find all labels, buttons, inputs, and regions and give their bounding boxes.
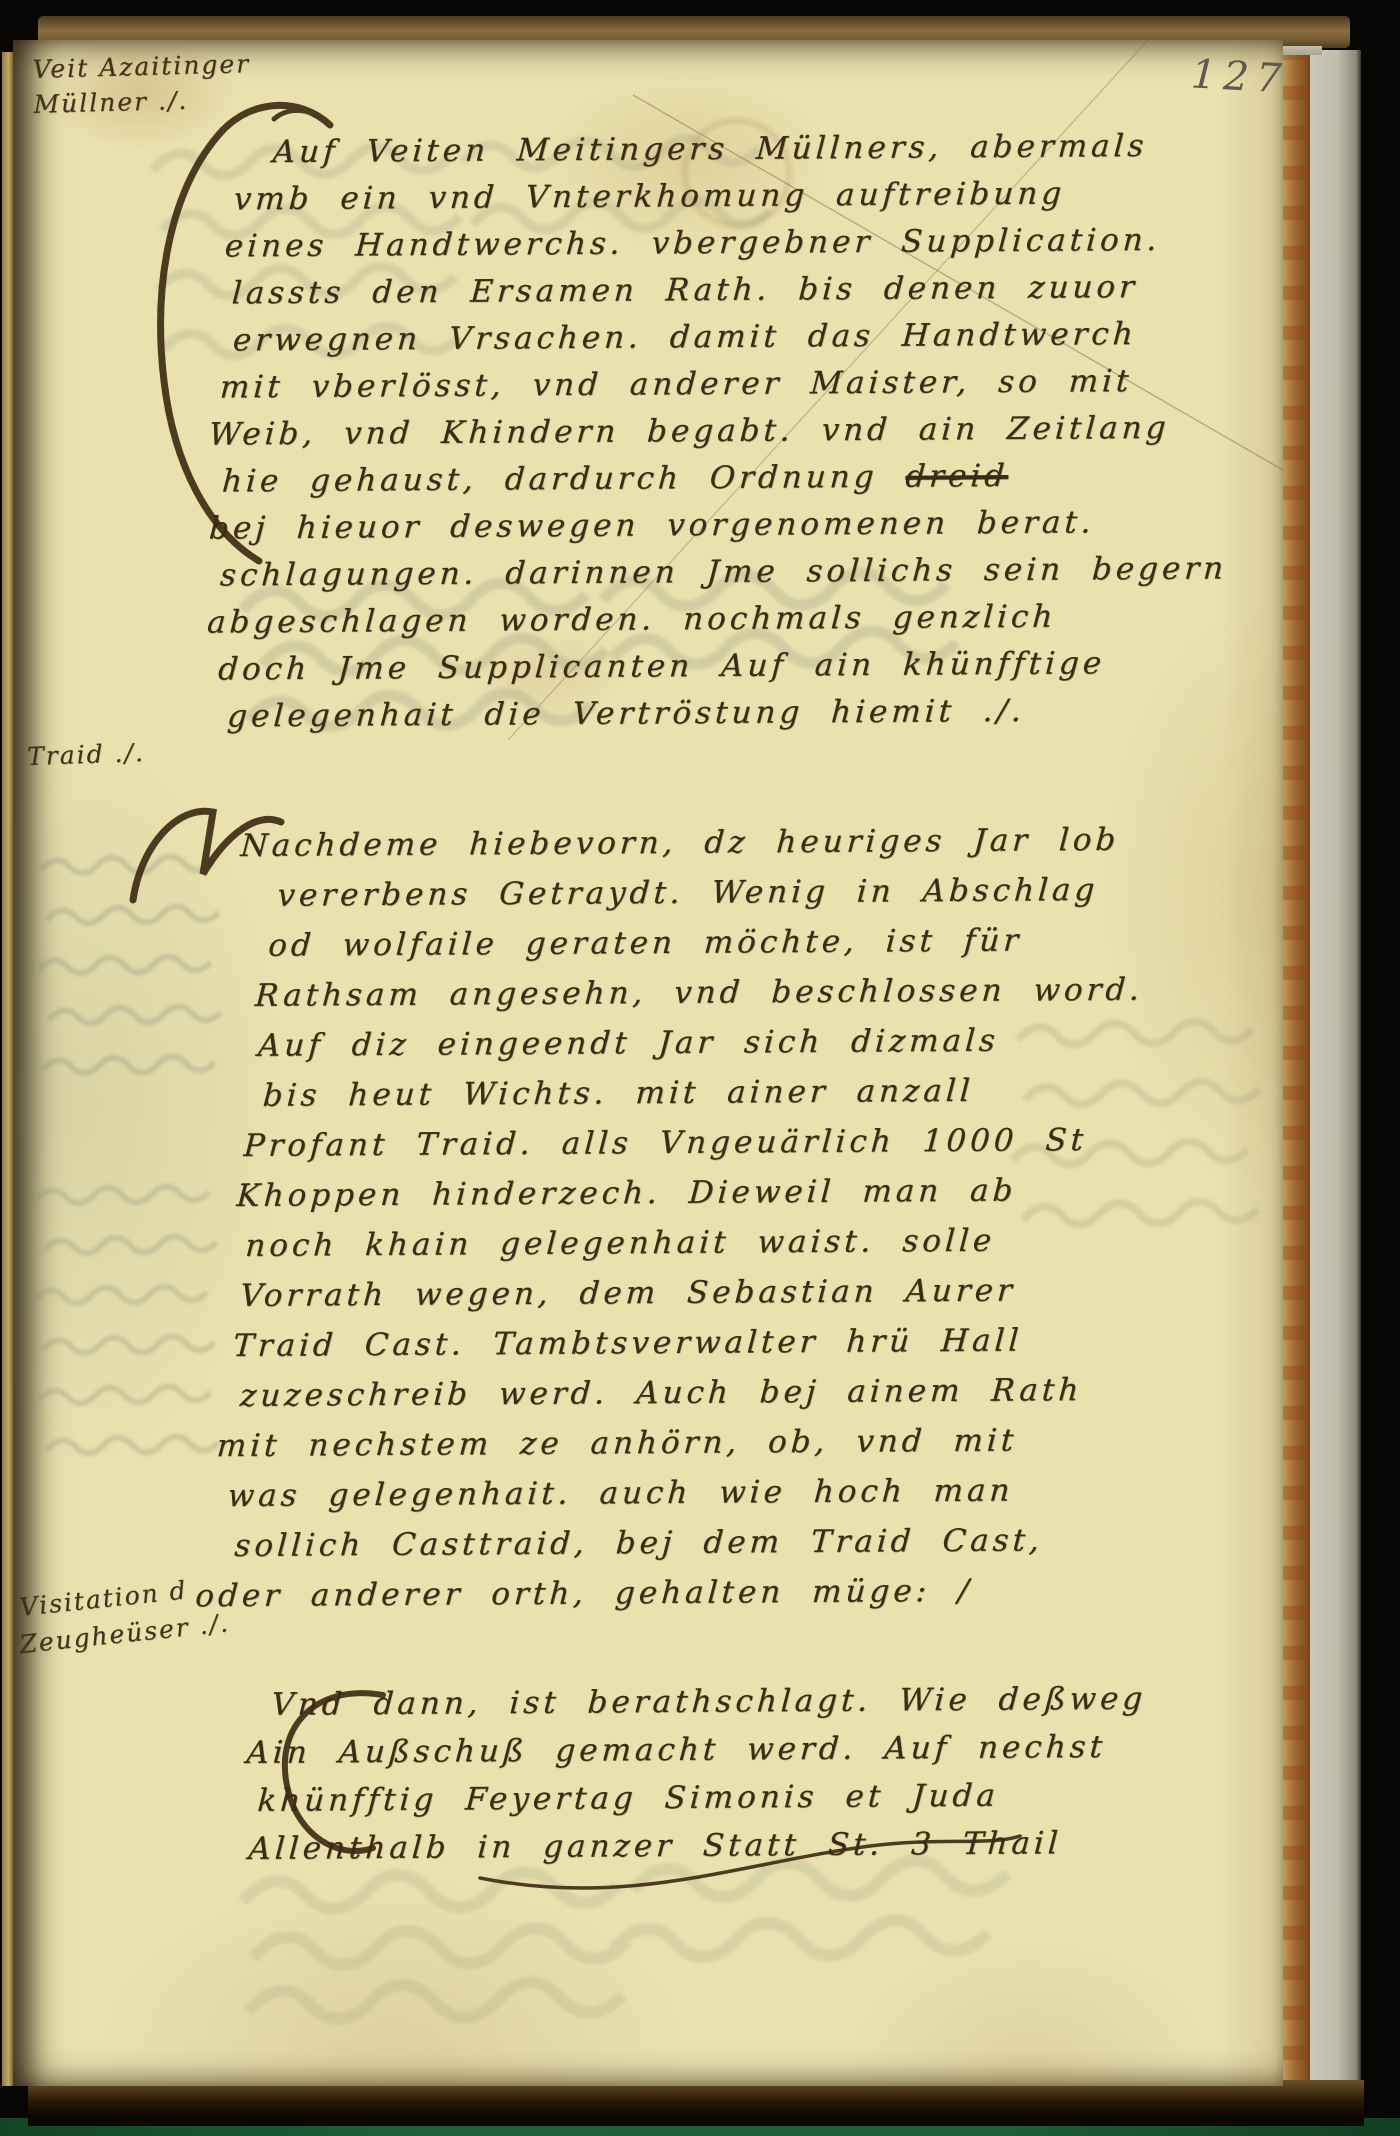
left-page-edge	[2, 52, 13, 2086]
underlying-page-edges	[1309, 50, 1361, 2086]
text-line: vmb ein vnd Vnterkhomung auftreibung	[232, 169, 1252, 223]
text-line: noch khain gelegenhait waist. solle	[244, 1215, 1129, 1271]
manuscript-photo: 127 Veit Azaitinger Müllner ./. Traid ./…	[0, 0, 1400, 2136]
bottom-page-edges-shadow	[28, 2080, 1364, 2126]
text-line: mit nechstem ze anhörn, ob, vnd mit	[215, 1415, 1116, 1471]
text-line: erwegnen Vrsachen. damit das Handtwerch	[231, 310, 1243, 364]
text-line: Khoppen hinderzech. Dieweil man ab	[235, 1165, 1132, 1221]
text-line: abgeschlagen worden. nochmals genzlich	[206, 592, 1226, 646]
text-line: was gelegenhait. auch wie hoch man	[226, 1465, 1113, 1521]
text-line: eines Handtwerchs. vbergebner Supplicati…	[223, 216, 1249, 270]
paragraph-3: Vnd dann, ist berathschlagt. Wie deßweg …	[199, 1675, 1148, 1874]
paragraph-1: Auf Veiten Meitingers Müllners, abermals…	[186, 122, 1255, 740]
struck-word: dreid	[904, 458, 1009, 495]
folio-number: 127	[1190, 51, 1283, 102]
text-line: schlagungen. darinnen Jme sollichs sein …	[219, 545, 1229, 599]
text-line: od wolfaile geraten möchte, ist für	[267, 915, 1148, 971]
text-line: Profant Traid. alls Vngeuärlich 1000 St	[242, 1115, 1135, 1171]
text-line: bej hieuor deswegen vorgenomenen berat.	[208, 498, 1232, 552]
text-line: Nachdeme hiebevorn, dz heuriges Jar lob	[239, 815, 1154, 871]
text-line: doch Jme Supplicanten Auf ain khünfftige	[217, 639, 1223, 693]
text-line: gelegenhait die Vertröstung hiemit ./.	[226, 687, 1220, 741]
text-line: mit vberlösst, vnd anderer Maister, so m…	[218, 357, 1240, 411]
margin-note-traid: Traid ./.	[27, 738, 146, 771]
text-line: Vnd dann, ist berathschlagt. Wie deßweg	[270, 1675, 1148, 1729]
text-line: Auf diz eingeendt Jar sich dizmals	[256, 1015, 1141, 1071]
text-line: vererbens Getraydt. Wenig in Abschlag	[276, 865, 1151, 921]
text-line: zuzeschreib werd. Auch bej ainem Rath	[238, 1365, 1119, 1421]
text-line: lassts den Ersamen Rath. bis denen zuuor	[230, 263, 1246, 317]
text-line: oder anderer orth, gehalten müge: /	[194, 1565, 1107, 1621]
margin-note-line: Traid ./.	[27, 738, 146, 771]
text-line: sollich Casttraid, bej dem Traid Cast,	[233, 1515, 1110, 1571]
text-line: Auf Veiten Meitingers Müllners, abermals	[271, 122, 1255, 176]
margin-note-veit-azaitinger: Veit Azaitinger Müllner ./.	[32, 49, 251, 119]
text-line: Weib, vnd Khindern begabt. vnd ain Zeitl…	[208, 404, 1238, 458]
bleedthrough-left-lower	[35, 1187, 219, 1454]
text-line: Traid Cast. Tambtsverwalter hrü Hall	[232, 1315, 1123, 1371]
margin-note-line: Veit Azaitinger	[32, 49, 250, 84]
margin-note-line: Müllner ./.	[33, 84, 251, 119]
bleedthrough-bottom	[243, 1861, 1007, 2019]
bleedthrough-left-upper	[39, 857, 221, 1074]
fore-edge-stained-strip	[1283, 46, 1310, 2086]
text-line: Allenthalb in ganzer Statt St. 3 Thail	[247, 1819, 1139, 1873]
paragraph-2: Nachdeme hiebevorn, dz heuriges Jar lob …	[180, 815, 1154, 1622]
manuscript-page: 127 Veit Azaitinger Müllner ./. Traid ./…	[13, 40, 1283, 2086]
text-line-pre: hie gehaust, dardurch Ordnung	[221, 459, 879, 500]
text-line-with-strikethrough: hie gehaust, dardurch Ordnung dreid	[221, 451, 1235, 505]
text-line: Ain Außschuß gemacht werd. Auf nechst	[245, 1723, 1145, 1777]
text-line: Vorrath wegen, dem Sebastian Aurer	[239, 1265, 1126, 1321]
text-line: Rathsam angesehn, vnd beschlossen word.	[254, 965, 1145, 1021]
text-line: khünfftig Feyertag Simonis et Juda	[256, 1771, 1142, 1825]
text-line: bis heut Wichts. mit ainer anzall	[261, 1065, 1138, 1121]
